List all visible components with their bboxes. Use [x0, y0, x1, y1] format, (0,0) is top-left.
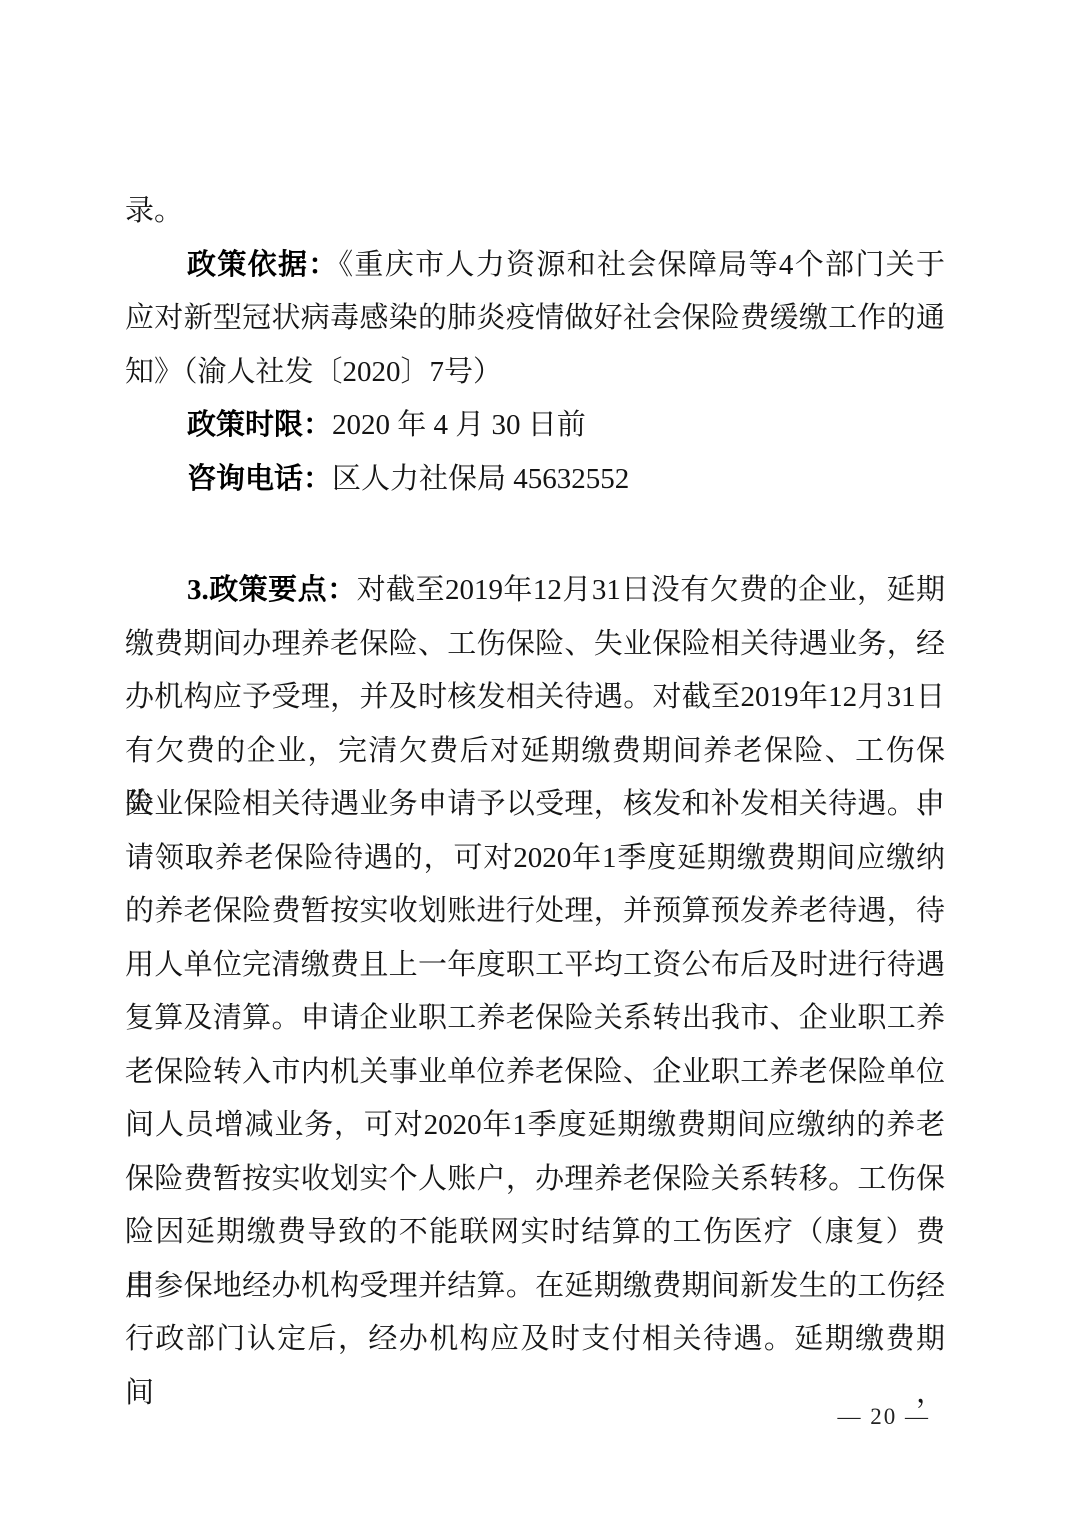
body-text-line: 老保险转入市内机关事业单位养老保险、企业职工养老保险单位 [125, 1046, 945, 1100]
document-page: 录。 政策依据：《重庆市人力资源和社会保障局等4个部门关于 应对新型冠状病毒感染… [0, 0, 1075, 1520]
body-text-line: 的养老保险费暂按实收划账进行处理，并预算预发养老待遇，待 [125, 885, 945, 939]
line-text: 请领取养老保险待遇的，可对2020年1季度延期缴费期间应缴纳 [125, 842, 945, 874]
document-body: 录。 政策依据：《重庆市人力资源和社会保障局等4个部门关于 应对新型冠状病毒感染… [125, 185, 945, 1367]
line-text: 失业保险相关待遇业务申请予以受理，核发和补发相关待遇。申 [125, 788, 945, 820]
paragraph-end-line: 录。 [125, 185, 945, 239]
body-text-line: 缴费期间办理养老保险、工伤保险、失业保险相关待遇业务，经 [125, 618, 945, 672]
policy-basis-label: 政策依据： [187, 249, 339, 281]
body-text-line: 行政部门认定后，经办机构应及时支付相关待遇。延期缴费期间， [125, 1313, 945, 1367]
body-text-line: 办机构应予受理，并及时核发相关待遇。对截至2019年12月31日 [125, 671, 945, 725]
policy-period-value: 2020 年 4 月 30 日前 [332, 409, 586, 441]
body-text-line: 有欠费的企业，完清欠费后对延期缴费期间养老保险、工伤保险、 [125, 725, 945, 779]
policy-basis-line-1: 政策依据：《重庆市人力资源和社会保障局等4个部门关于 [125, 239, 945, 293]
policy-basis-line-3: 知》（渝人社发〔2020〕7号） [125, 346, 945, 400]
line-text: 间人员增减业务，可对2020年1季度延期缴费期间应缴纳的养老 [125, 1109, 945, 1141]
line-text: 《重庆市人力资源和社会保障局等4个部门关于 [339, 249, 945, 281]
key-points-label: 3.政策要点： [187, 574, 357, 606]
body-text-line: 间人员增减业务，可对2020年1季度延期缴费期间应缴纳的养老 [125, 1099, 945, 1153]
body-text-line: 险因延期缴费导致的不能联网实时结算的工伤医疗（康复）费用， [125, 1206, 945, 1260]
line-text: 行政部门认定后，经办机构应及时支付相关待遇。延期缴费期间， [125, 1323, 945, 1409]
line-text: 用人单位完清缴费且上一年度职工平均工资公布后及时进行待遇 [125, 949, 945, 981]
line-text: 复算及清算。申请企业职工养老保险关系转出我市、企业职工养 [125, 1002, 945, 1034]
blank-line [125, 506, 945, 564]
line-text: 知》（渝人社发〔2020〕7号） [125, 356, 502, 388]
key-points-line-1: 3.政策要点：对截至2019年12月31日没有欠费的企业，延期 [125, 564, 945, 618]
body-text-line: 用人单位完清缴费且上一年度职工平均工资公布后及时进行待遇 [125, 939, 945, 993]
line-text: 由参保地经办机构受理并结算。在延期缴费期间新发生的工伤经 [125, 1270, 945, 1302]
line-text: 的养老保险费暂按实收划账进行处理，并预算预发养老待遇，待 [125, 895, 945, 927]
body-text-line: 复算及清算。申请企业职工养老保险关系转出我市、企业职工养 [125, 992, 945, 1046]
line-text: 办机构应予受理，并及时核发相关待遇。对截至2019年12月31日 [125, 681, 945, 713]
body-text-line: 保险费暂按实收划实个人账户，办理养老保险关系转移。工伤保 [125, 1153, 945, 1207]
line-text: 录。 [125, 195, 183, 227]
policy-period-line: 政策时限：2020 年 4 月 30 日前 [125, 399, 945, 453]
body-text-line: 失业保险相关待遇业务申请予以受理，核发和补发相关待遇。申 [125, 778, 945, 832]
body-text-line: 请领取养老保险待遇的，可对2020年1季度延期缴费期间应缴纳 [125, 832, 945, 886]
contact-phone-line: 咨询电话：区人力社保局 45632552 [125, 453, 945, 507]
line-text: 保险费暂按实收划实个人账户，办理养老保险关系转移。工伤保 [125, 1163, 945, 1195]
page-number: — 20 — [838, 1404, 931, 1430]
body-text-line: 由参保地经办机构受理并结算。在延期缴费期间新发生的工伤经 [125, 1260, 945, 1314]
policy-period-label: 政策时限： [187, 409, 332, 441]
contact-phone-label: 咨询电话： [187, 463, 332, 495]
line-text: 应对新型冠状病毒感染的肺炎疫情做好社会保险费缓缴工作的通 [125, 302, 945, 334]
line-text: 对截至2019年12月31日没有欠费的企业，延期 [357, 574, 945, 606]
policy-basis-line-2: 应对新型冠状病毒感染的肺炎疫情做好社会保险费缓缴工作的通 [125, 292, 945, 346]
line-text: 老保险转入市内机关事业单位养老保险、企业职工养老保险单位 [125, 1056, 945, 1088]
line-text: 缴费期间办理养老保险、工伤保险、失业保险相关待遇业务，经 [125, 628, 945, 660]
contact-phone-value: 区人力社保局 45632552 [332, 463, 629, 495]
